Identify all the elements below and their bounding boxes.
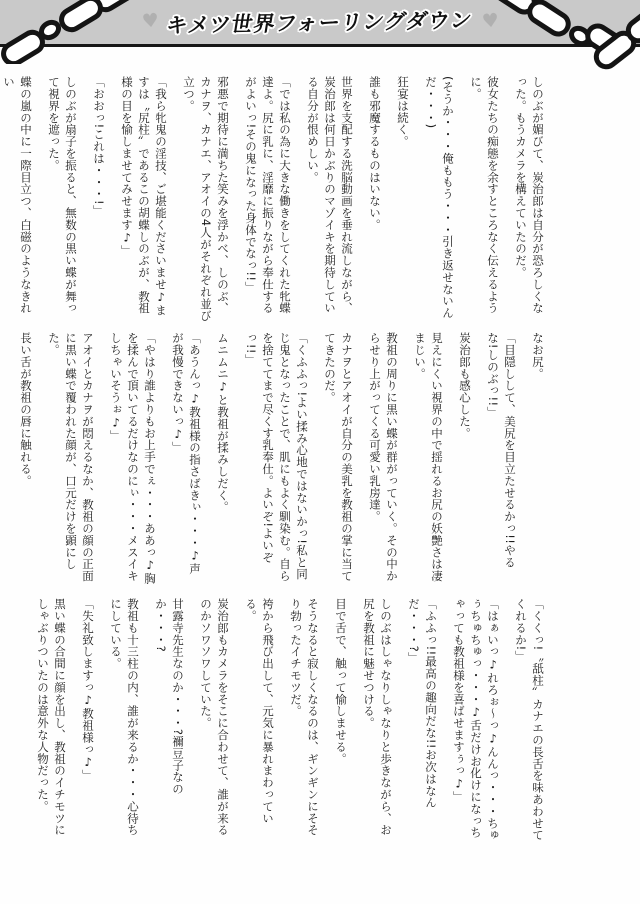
paragraph: 「我ら牝鬼の淫技、ご堪能くださいませ♪ますは〝尻柱〟であるこの胡蝶しのぶが、教祖… (118, 76, 169, 323)
text-band-1: しのぶが媚びて、炭治郎は自分が恐ろしくなった。もうカメラを構えていたのだ。 彼女… (58, 76, 546, 323)
paragraph: 見えにくい視界の中で揺れるお尻の妖艶さは凄まじい。 (411, 332, 445, 585)
paragraph: (そうか・・・俺ももう・・・引き返せないんだ・・・) (422, 76, 456, 323)
paragraph: 「おおっ!これは・・・!」 (90, 76, 107, 323)
paragraph: 蝶の嵐の中に一際目立つ、白磁のようなきれい (0, 76, 34, 323)
chain-links-left-icon (0, 0, 144, 64)
paragraph: 彼女たちの痴態を余すところなく伝えるように。 (467, 76, 501, 323)
text-band-3: 「くくっ!〝舐柱〟カナエの長舌を味あわせてくれるか!」 「はぁいっ♪れろぉ〜っ♪… (58, 598, 546, 845)
paragraph: 「はぁいっ♪れろぉ〜っ♪んんっ・・・ちゅぅちゅちゅっ・・・♪舌だけお化けになっち… (450, 598, 501, 845)
paragraph: 「くふふっ!よい揉み心地ではないかっ!私と同じ鬼となったことで、肌にもよく馴染む… (242, 332, 310, 585)
paragraph: 炭治郎もカメラをそこに合わせて、誰が来るのかソワソワしていた。 (197, 598, 231, 845)
page-header: ♥ キメツ世界フォーリングダウン ♥ (0, 0, 640, 47)
text-band-2: なお尻。 「目隠しして、美尻を目立たせるかっ!!やるな!しのぶっ!!」 炭治郎も… (58, 332, 546, 585)
paragraph: 教祖も十三柱の内、誰が来るか・・・心待ちにしている。 (107, 598, 141, 845)
paragraph: 「くくっ!〝舐柱〟カナエの長舌を味あわせてくれるか!」 (512, 598, 546, 845)
paragraph: しのぶが媚びて、炭治郎は自分が恐ろしくなった。もうカメラを構えていたのだ。 (512, 76, 546, 323)
paragraph: 甘露寺先生なのか・・・?禰豆子なのか・・・? (152, 598, 186, 845)
paragraph: 「あうんっ♪教祖様の指さばきぃ・・・♪声が我慢できないっ♪」 (169, 332, 203, 585)
paragraph: 「では私の為に大きな働きをしてくれた牝蝶達よ。尻に乳に、淫靡に振りながら奉仕する… (242, 76, 293, 323)
paragraph: 袴から飛び出して、元気に暴れまわっている。 (242, 598, 276, 845)
paragraph: しのぶはしゃなりしゃなりと歩きながら、お尻を教祖に魅せつける。 (360, 598, 394, 845)
paragraph: 炭治郎も感心した。 (456, 332, 473, 585)
paragraph: 目で舌で、触って愉しませる。 (332, 598, 349, 845)
paragraph: 黒い蝶の合間に顔を出し、教祖のイチモツにしゃぶりついたのは意外な人物だった。 (34, 598, 68, 845)
paragraph: 「ふふっ!!最高の趣向だな!!お次はなんだ・・・?」 (405, 598, 439, 845)
paragraph: 教祖の周りに黒い蝶が群がっていく。その中からせり上がってくる可愛い乳房達。 (366, 332, 400, 585)
paragraph: 「失礼致しますっ♪教祖様っ♪」 (79, 598, 96, 845)
screenshot-root: { "header": { "title": "キメツ世界フォーリングダウン",… (0, 0, 640, 904)
paragraph: しのぶが扇子を振ると、無数の黒い蝶が舞って視界を遮った。 (45, 76, 79, 323)
paragraph: アオイとカナヲが悶えるなか、教祖の顔の正面に黒い蝶で覆われた顔が、口元だけを顕に… (45, 332, 96, 585)
paragraph: 「目隠しして、美尻を目立たせるかっ!!やるな!しのぶっ!!」 (484, 332, 518, 585)
paragraph: 邪悪で期待に満ちた笑みを浮かべ、しのぶ、カナヲ、カナエ、アオイの4人がそれぞれ並… (180, 76, 231, 323)
paragraph: 長い舌が教祖の唇に触れる。 (17, 332, 34, 585)
paragraph: 「やはり誰よりもお上手でぇ・・・ああっ♪胸を揉んで頂いてるだけなのにぃ・・・メス… (107, 332, 158, 585)
paragraph: カナヲとアオイが自分の美乳を教祖の掌に当ててきたのだ。 (321, 332, 355, 585)
paragraph: そうなると寂しくなるのは、ギンギンにそそり勃ったイチモツだ。 (287, 598, 321, 845)
chain-links-right-icon (486, 0, 640, 70)
page-title: キメツ世界フォーリングダウン (165, 4, 476, 39)
doujin-novel-page: ♥ キメツ世界フォーリングダウン ♥ しのぶが媚びて、炭治郎は自分が恐ろしくなっ… (0, 0, 640, 904)
paragraph: 狂宴は続く。 (394, 76, 411, 323)
paragraph: なお尻。 (529, 332, 546, 585)
paragraph: ムニムニ♪と教祖が揉みしだく。 (214, 332, 231, 585)
paragraph: 世界を支配する洗脳動画を垂れ流しながら、炭治郎は何日かぶりのマゾイキを期待してい… (304, 76, 355, 323)
paragraph: 誰も邪魔するものはいない。 (366, 76, 383, 323)
